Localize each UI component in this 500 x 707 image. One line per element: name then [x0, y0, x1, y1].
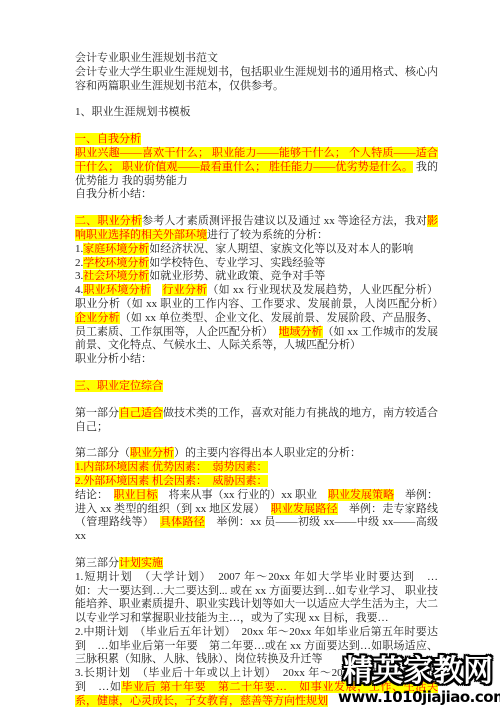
highlighted-text: 地域分析 [279, 326, 323, 338]
text-run: 自我分析小结： [75, 188, 152, 200]
heading-template: 1、职业生涯规划书模板 [75, 106, 438, 120]
para-external-factors: 2.外部环境因素 机会因素： 威胁因素： [75, 475, 438, 489]
heading-part3-plan: 第三部分计划实施 [75, 557, 438, 571]
text-run: 1.短期计划 （大学计划） 2007 年～20xx 年如大学毕业时要达到 … 如… [75, 571, 449, 624]
text-run [151, 284, 162, 296]
highlighted-text: 学校环境分析 [83, 257, 149, 269]
highlighted-text: 家庭环境分析 [83, 243, 149, 255]
text-run: 第一部分 [75, 407, 119, 419]
para-family-env: 1.家庭环境分析如经济状况、家人期望、家族文化等以及对本人的影响 [75, 243, 438, 257]
para-short-term-plan: 1.短期计划 （大学计划） 2007 年～20xx 年如大学毕业时要达到 … 如… [75, 571, 438, 626]
text-run: 会计专业职业生涯规划书范文 [75, 52, 218, 64]
para-self-analysis-questions: 职业兴趣——喜欢干什么； 职业能力——能够干什么； 个人特质——适合干什么； 职… [75, 147, 438, 188]
highlighted-text: 计划实施 [119, 557, 163, 569]
text-run: 如就业形势、就业政策、竞争对手等 [149, 270, 325, 282]
watermark-brand-text: 精英家教网 [338, 657, 498, 687]
highlighted-text: 职业环境分析 [83, 284, 151, 296]
highlighted-text: 1.内部环境因素 优势因素： 弱势因素： [75, 461, 268, 473]
watermark-logo: 精英家教网 www.1010jiajiao.com [338, 657, 498, 705]
text-run: 将来从事（xx 行业的）xx 职业 [158, 489, 329, 501]
text-run: 会计专业大学生职业生涯规划书，包括职业生涯规划书的通用格式、核心内容和两篇职业生… [75, 66, 438, 92]
para-part1-self-fit: 第一部分自己适合做技术类的工作，喜欢对能力有挑战的地方，南方较适合自己； [75, 407, 438, 435]
text-run: ）的主要内容得出本人职业定的分析： [174, 447, 361, 459]
para-conclusion: 结论： 职业目标 将来从事（xx 行业的）xx 职业 职业发展策略 举例：进入 … [75, 489, 438, 544]
text-run: 1. [75, 243, 83, 255]
text-run: 4. [75, 284, 83, 296]
doc-title: 会计专业职业生涯规划书范文 [75, 52, 438, 66]
highlighted-text: 职业兴趣——喜欢干什么； 职业能力——能够干什么； 个人特质——适合干什么； 职… [75, 147, 438, 173]
para-school-env: 2.学校环境分析如学校特色、专业学习、实践经验等 [75, 257, 438, 271]
para-internal-factors: 1.内部环境因素 优势因素： 弱势因素： [75, 461, 438, 475]
para-career-analysis-intro: 二、职业分析参考人才素质测评报告建议以及通过 xx 等途径方法，我对影响职业选择… [75, 215, 438, 243]
highlighted-text: 职业分析 [130, 447, 174, 459]
text-run: 3. [75, 270, 83, 282]
highlighted-text: 具体路径 [160, 516, 205, 528]
heading-career-positioning: 三、职业定位综合 [75, 380, 438, 394]
text-run: 如学校特色、专业学习、实践经验等 [149, 257, 325, 269]
para-social-env: 3.社会环境分析如就业形势、就业政策、竞争对手等 [75, 270, 438, 284]
para-part2-career-analysis: 第二部分（职业分析）的主要内容得出本人职业定的分析： [75, 447, 438, 461]
text-run: 1、职业生涯规划书模板 [75, 106, 191, 118]
text-run: 进行了较为系统的分析： [207, 229, 328, 241]
heading-self-analysis: 一、自我分析 [75, 133, 438, 147]
text-run: 如经济状况、家人期望、家族文化等以及对本人的影响 [149, 243, 413, 255]
highlighted-text: 自己适合 [119, 407, 163, 419]
doc-intro: 会计专业大学生职业生涯规划书，包括职业生涯规划书的通用格式、核心内容和两篇职业生… [75, 66, 438, 94]
highlighted-text: 职业发展策略 [328, 489, 394, 501]
highlighted-text: 企业分析 [75, 312, 120, 324]
highlighted-text: 2.外部环境因素 机会因素： 威胁因素： [75, 475, 268, 487]
para-occupation-env: 4.职业环境分析 行业分析（如 xx 行业现状及发展趋势，人业匹配分析）职业分析… [75, 284, 438, 353]
watermark-url-text: www.1010jiajiao.com [338, 690, 498, 705]
text-run: 第三部分 [75, 557, 119, 569]
highlighted-text: 社会环境分析 [83, 270, 149, 282]
text-run: 2. [75, 257, 83, 269]
text-run: 职业分析小结： [75, 353, 152, 365]
highlighted-text: 职业目标 [114, 489, 158, 501]
highlighted-text: 二、职业分析 [75, 215, 142, 227]
highlighted-text: 三、职业定位综合 [75, 380, 163, 392]
highlighted-text: 行业分析 [162, 284, 207, 296]
para-self-analysis-summary: 自我分析小结： [75, 188, 438, 202]
text-run: 结论： [75, 489, 114, 501]
text-run: 参考人才素质测评报告建议以及通过 xx 等途径方法，我对 [142, 215, 427, 227]
document-page: 会计专业职业生涯规划书范文 会计专业大学生职业生涯规划书，包括职业生涯规划书的通… [75, 52, 438, 707]
para-career-analysis-summary: 职业分析小结： [75, 353, 438, 367]
highlighted-text: 职业发展路径 [271, 503, 338, 515]
text-run: 第二部分（ [75, 447, 130, 459]
highlighted-text: 一、自我分析 [75, 133, 141, 145]
